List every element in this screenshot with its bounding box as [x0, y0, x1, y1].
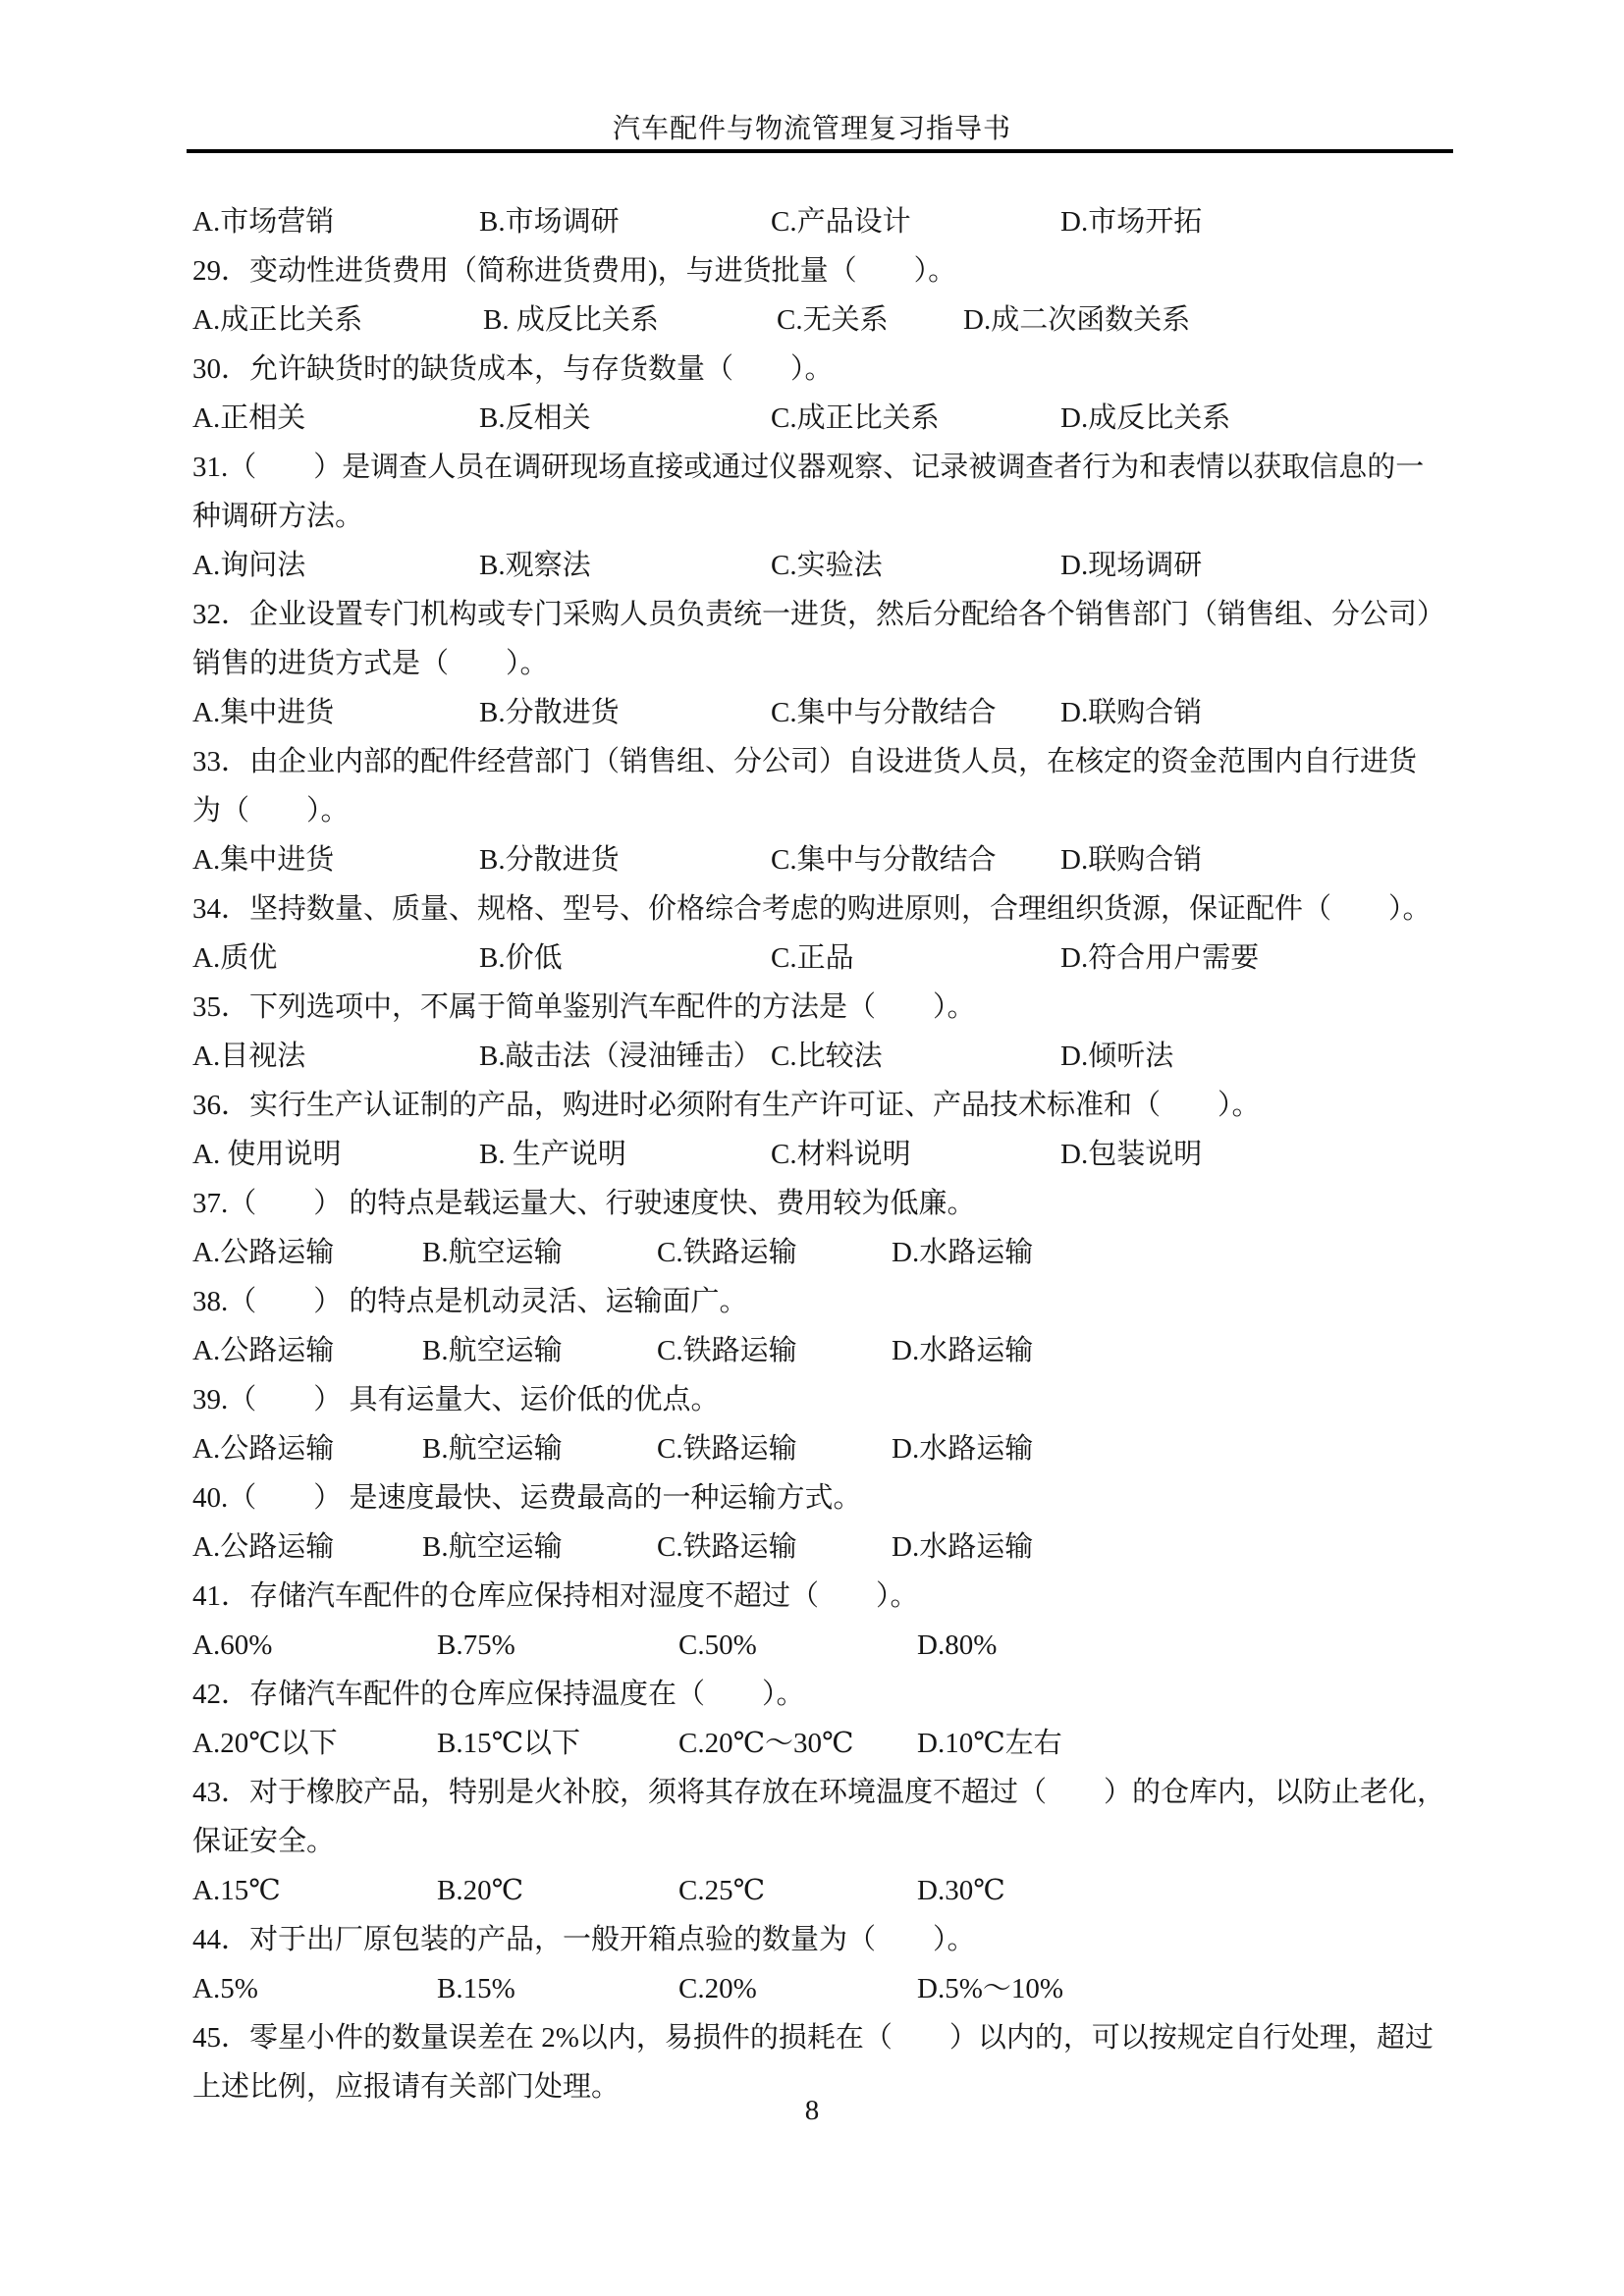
option-d: D.市场开拓: [1060, 197, 1202, 246]
option-c: C.正品: [771, 934, 1060, 983]
option-c: C.集中与分散结合: [771, 688, 1060, 737]
options-row-q44: A.5% B.15% C.20% D.5%～10%: [192, 1964, 1063, 2013]
option-a: A.目视法: [192, 1032, 479, 1081]
option-c: C.集中与分散结合: [771, 835, 1060, 884]
option-c: C.材料说明: [771, 1130, 1060, 1179]
option-d: D.符合用户需要: [1060, 934, 1259, 983]
option-b: B.航空运输: [422, 1326, 657, 1375]
option-b: B.分散进货: [479, 688, 771, 737]
option-b: B.观察法: [479, 541, 771, 590]
options-row-q38: A.公路运输 B.航空运输 C.铁路运输 D.水路运输: [192, 1326, 1033, 1375]
option-b: B.分散进货: [479, 835, 771, 884]
option-b: B. 生产说明: [479, 1130, 771, 1179]
option-c: C.铁路运输: [657, 1424, 892, 1473]
question-39: 39.（ ） 具有运量大、运价低的优点。: [192, 1375, 720, 1424]
option-c: C.20%: [678, 1964, 917, 2013]
option-a: A.公路运输: [192, 1326, 422, 1375]
header-rule: [187, 149, 1453, 153]
option-c: C.25℃: [678, 1866, 917, 1915]
option-b: B.75%: [437, 1621, 678, 1670]
option-d: D.10℃左右: [917, 1719, 1062, 1768]
option-c: C.无关系: [777, 295, 963, 345]
option-a: A.询问法: [192, 541, 479, 590]
options-row-q31: A.询问法 B.观察法 C.实验法 D.现场调研: [192, 541, 1202, 590]
question-43-line2: 保证安全。: [192, 1817, 335, 1866]
question-32: 32．企业设置专门机构或专门采购人员负责统一进货，然后分配给各个销售部门（销售组…: [192, 590, 1445, 639]
option-d: D.倾听法: [1060, 1032, 1173, 1081]
page-header-title: 汽车配件与物流管理复习指导书: [0, 108, 1624, 151]
option-c: C.比较法: [771, 1032, 1060, 1081]
option-d: D.水路运输: [892, 1326, 1033, 1375]
option-b: B. 成反比关系: [483, 295, 777, 345]
option-c: C.实验法: [771, 541, 1060, 590]
option-a: A.60%: [192, 1621, 437, 1670]
question-32-line2: 销售的进货方式是（ ）。: [192, 639, 549, 688]
option-a: A.公路运输: [192, 1424, 422, 1473]
option-b: B.20℃: [437, 1866, 678, 1915]
question-42: 42．存储汽车配件的仓库应保持温度在（ ）。: [192, 1670, 805, 1719]
option-a: A.质优: [192, 934, 479, 983]
option-c: C.铁路运输: [657, 1522, 892, 1572]
options-row-q30: A.正相关 B.反相关 C.成正比关系 D.成反比关系: [192, 394, 1230, 443]
option-c: C.铁路运输: [657, 1228, 892, 1277]
option-b: B.15%: [437, 1964, 678, 2013]
option-d: D.包装说明: [1060, 1130, 1202, 1179]
question-44: 44．对于出厂原包装的产品，一般开箱点验的数量为（ ）。: [192, 1915, 976, 1964]
options-row-q29: A.成正比关系 B. 成反比关系 C.无关系 D.成二次函数关系: [192, 295, 1190, 345]
option-a: A.15℃: [192, 1866, 437, 1915]
options-row-q37: A.公路运输 B.航空运输 C.铁路运输 D.水路运输: [192, 1228, 1033, 1277]
question-33: 33．由企业内部的配件经营部门（销售组、分公司）自设进货人员，在核定的资金范围内…: [192, 737, 1417, 786]
question-30: 30．允许缺货时的缺货成本，与存货数量（ ）。: [192, 345, 834, 394]
option-d: D.联购合销: [1060, 835, 1202, 884]
option-d: D.联购合销: [1060, 688, 1202, 737]
options-row-q43: A.15℃ B.20℃ C.25℃ D.30℃: [192, 1866, 1005, 1915]
option-a: A.20℃以下: [192, 1719, 437, 1768]
option-d: D.成反比关系: [1060, 394, 1230, 443]
option-a: A.成正比关系: [192, 295, 483, 345]
option-c: C.20℃～30℃: [678, 1719, 917, 1768]
option-a: A.公路运输: [192, 1228, 422, 1277]
option-a: A.正相关: [192, 394, 479, 443]
option-b: B.15℃以下: [437, 1719, 678, 1768]
option-d: D.水路运输: [892, 1424, 1033, 1473]
options-row-q42: A.20℃以下 B.15℃以下 C.20℃～30℃ D.10℃左右: [192, 1719, 1062, 1768]
option-a: A.市场营销: [192, 197, 479, 246]
option-d: D.成二次函数关系: [963, 295, 1190, 345]
options-row-q28: A.市场营销 B.市场调研 C.产品设计 D.市场开拓: [192, 197, 1202, 246]
option-a: A.5%: [192, 1964, 437, 2013]
question-34: 34．坚持数量、质量、规格、型号、价格综合考虑的购进原则，合理组织货源，保证配件…: [192, 884, 1432, 934]
option-a: A. 使用说明: [192, 1130, 479, 1179]
question-31: 31.（ ）是调查人员在调研现场直接或通过仪器观察、记录被调查者行为和表情以获取…: [192, 443, 1424, 492]
option-d: D.30℃: [917, 1866, 1005, 1915]
document-page: 汽车配件与物流管理复习指导书 A.市场营销 B.市场调研 C.产品设计 D.市场…: [0, 0, 1624, 2296]
question-37: 37.（ ） 的特点是载运量大、行驶速度快、费用较为低廉。: [192, 1179, 976, 1228]
option-c: C.产品设计: [771, 197, 1060, 246]
option-d: D.水路运输: [892, 1228, 1033, 1277]
options-row-q34: A.质优 B.价低 C.正品 D.符合用户需要: [192, 934, 1259, 983]
question-31-line2: 种调研方法。: [192, 492, 363, 541]
option-b: B.航空运输: [422, 1522, 657, 1572]
options-row-q40: A.公路运输 B.航空运输 C.铁路运输 D.水路运输: [192, 1522, 1033, 1572]
option-d: D.5%～10%: [917, 1964, 1063, 2013]
page-number: 8: [0, 2086, 1624, 2135]
question-41: 41．存储汽车配件的仓库应保持相对湿度不超过（ ）。: [192, 1572, 919, 1621]
question-40: 40.（ ） 是速度最快、运费最高的一种运输方式。: [192, 1473, 862, 1522]
options-row-q41: A.60% B.75% C.50% D.80%: [192, 1621, 997, 1670]
option-d: D.现场调研: [1060, 541, 1202, 590]
option-c: C.铁路运输: [657, 1326, 892, 1375]
option-b: B.市场调研: [479, 197, 771, 246]
option-c: C.成正比关系: [771, 394, 1060, 443]
option-c: C.50%: [678, 1621, 917, 1670]
option-b: B.价低: [479, 934, 771, 983]
options-row-q33: A.集中进货 B.分散进货 C.集中与分散结合 D.联购合销: [192, 835, 1202, 884]
option-a: A.集中进货: [192, 835, 479, 884]
question-35: 35．下列选项中，不属于简单鉴别汽车配件的方法是（ ）。: [192, 983, 976, 1032]
question-38: 38.（ ） 的特点是机动灵活、运输面广。: [192, 1277, 748, 1326]
options-row-q32: A.集中进货 B.分散进货 C.集中与分散结合 D.联购合销: [192, 688, 1202, 737]
options-row-q35: A.目视法 B.敲击法（浸油锤击） C.比较法 D.倾听法: [192, 1032, 1173, 1081]
option-d: D.80%: [917, 1621, 997, 1670]
options-row-q36: A. 使用说明 B. 生产说明 C.材料说明 D.包装说明: [192, 1130, 1202, 1179]
option-b: B.敲击法（浸油锤击）: [479, 1032, 771, 1081]
option-b: B.航空运输: [422, 1228, 657, 1277]
question-33-line2: 为（ ）。: [192, 786, 350, 835]
question-36: 36．实行生产认证制的产品，购进时必须附有生产许可证、产品技术标准和（ ）。: [192, 1081, 1261, 1130]
option-a: A.集中进货: [192, 688, 479, 737]
option-b: B.航空运输: [422, 1424, 657, 1473]
options-row-q39: A.公路运输 B.航空运输 C.铁路运输 D.水路运输: [192, 1424, 1033, 1473]
question-29: 29．变动性进货费用（简称进货费用)，与进货批量（ ）。: [192, 246, 956, 295]
option-b: B.反相关: [479, 394, 771, 443]
question-45: 45．零星小件的数量误差在 2%以内，易损件的损耗在（ ）以内的，可以按规定自行…: [192, 2013, 1434, 2062]
option-d: D.水路运输: [892, 1522, 1033, 1572]
option-a: A.公路运输: [192, 1522, 422, 1572]
question-43: 43．对于橡胶产品，特别是火补胶，须将其存放在环境温度不超过（ ）的仓库内，以防…: [192, 1768, 1445, 1817]
